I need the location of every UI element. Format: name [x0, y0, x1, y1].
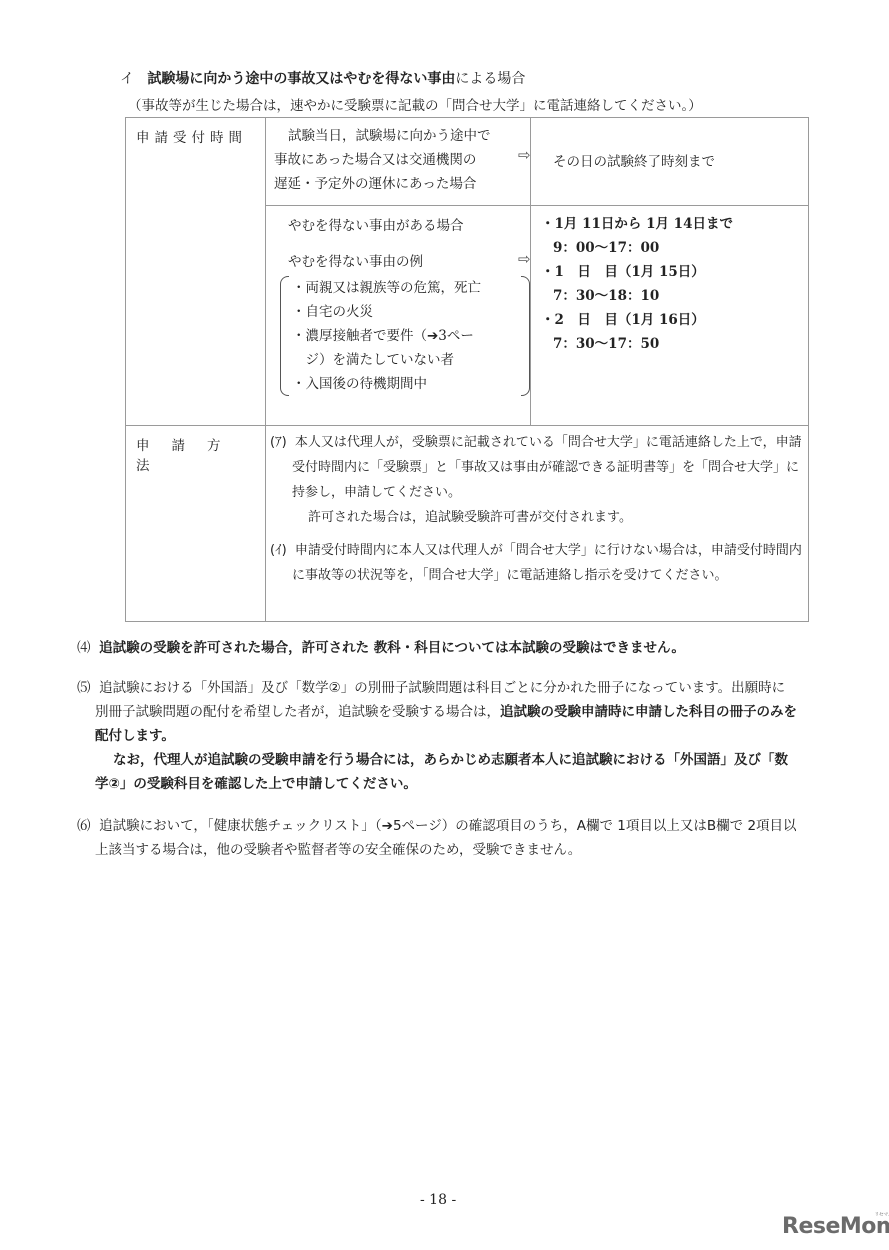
- p4-marker: ⑷: [77, 640, 91, 656]
- example-item: ・入国後の待機期間中: [292, 372, 530, 396]
- paragraph-6: ⑹ 追試験において，「健康状態チェックリスト」（➔5ページ）の確認項目のうち，A…: [77, 814, 797, 862]
- cell-accident-deadline: その日の試験終了時刻まで: [531, 118, 809, 206]
- accident-line-2: 事故にあった場合又は交通機関の: [274, 148, 530, 172]
- accident-line-1: 試験当日，試験場に向かう途中で: [274, 124, 530, 148]
- resemom-logo: ReseMom リセマム: [782, 1214, 889, 1239]
- cell-unavoidable-case: やむを得ない事由がある場合 やむを得ない事由の例 ・両親又は親族等の危篤，死亡 …: [266, 206, 531, 426]
- schedule-time: 9：00〜17：00: [541, 236, 808, 260]
- label-reception-time: 申請受付時間: [126, 118, 266, 426]
- cell-accident-case: 試験当日，試験場に向かう途中で 事故にあった場合又は交通機関の 遅延・予定外の運…: [266, 118, 531, 206]
- p6-text: 追試験において，「健康状態チェックリスト」（➔5ページ）の確認項目のうち，A欄で…: [95, 818, 797, 858]
- cell-application-method: (ｱ) 本人又は代理人が，受験票に記載されている「問合せ大学」に電話連絡した上で…: [266, 426, 809, 622]
- section-heading: イ 試験場に向かう途中の事故又はやむを得ない事由による場合: [120, 68, 525, 88]
- right-arrow-icon: ⇨: [518, 250, 531, 268]
- paragraph-5: ⑸ 追試験における「外国語」及び「数学②」の別冊子試験問題は科目ごとに分かれた冊…: [77, 676, 797, 796]
- cell-unavoidable-schedule: ・1月 11日から 1月 14日まで 9：00〜17：00 ・1 日 目（1月 …: [531, 206, 809, 426]
- schedule-time: 7：30〜18：10: [541, 284, 808, 308]
- examples-title: やむを得ない事由の例: [288, 250, 530, 274]
- method-item-a: (ｱ) 本人又は代理人が，受験票に記載されている「問合せ大学」に電話連絡した上で…: [270, 430, 810, 505]
- schedule-date: ・1月 11日から 1月 14日まで: [541, 212, 808, 236]
- section-note: （事故等が生じた場合は，速やかに受験票に記載の「問合せ大学」に電話連絡してくださ…: [128, 94, 702, 114]
- application-table: 申請受付時間 試験当日，試験場に向かう途中で 事故にあった場合又は交通機関の 遅…: [125, 117, 809, 622]
- accident-line-3: 遅延・予定外の運休にあった場合: [274, 172, 530, 196]
- method-text: 申請受付時間内に本人又は代理人が「問合せ大学」に行けない場合は，申請受付時間内に…: [292, 543, 802, 583]
- section-heading-bold: 試験場に向かう途中の事故又はやむを得ない事由: [147, 71, 455, 87]
- logo-text: ReseMom: [782, 1214, 889, 1239]
- left-bracket: [280, 276, 289, 396]
- example-item: ・両親又は親族等の危篤，死亡: [292, 276, 530, 300]
- unavoidable-title: やむを得ない事由がある場合: [288, 214, 530, 238]
- method-sub-note: 許可された場合は，追試験受験許可書が交付されます。: [270, 505, 810, 530]
- right-bracket: [521, 276, 530, 396]
- examples-bracket: ・両親又は親族等の危篤，死亡 ・自宅の火災 ・濃厚接触者で要件（➔3ペー ジ）を…: [280, 276, 530, 396]
- method-item-b: (ｲ) 申請受付時間内に本人又は代理人が「問合せ大学」に行けない場合は，申請受付…: [270, 538, 810, 588]
- method-marker: (ｲ): [270, 543, 287, 558]
- p4-bold-text: 追試験の受験を許可された場合，許可された 教科・科目については本試験の受験はでき…: [99, 640, 685, 656]
- page-number: - 18 -: [420, 1192, 456, 1208]
- schedule-time: 7：30〜17：50: [541, 332, 808, 356]
- p5-marker: ⑸: [77, 680, 91, 696]
- schedule-date: ・1 日 目（1月 15日）: [541, 260, 808, 284]
- section-marker: イ: [120, 71, 134, 87]
- table-row-reception-time-accident: 申請受付時間 試験当日，試験場に向かう途中で 事故にあった場合又は交通機関の 遅…: [126, 118, 809, 206]
- logo-small-text: リセマム: [874, 1211, 889, 1218]
- accident-deadline: その日の試験終了時刻まで: [553, 150, 715, 170]
- method-text: 本人又は代理人が，受験票に記載されている「問合せ大学」に電話連絡した上で，申請受…: [292, 435, 802, 500]
- example-item: ・濃厚接触者で要件（➔3ペー: [292, 324, 530, 348]
- example-item: ・自宅の火災: [292, 300, 530, 324]
- schedule-date: ・2 日 目（1月 16日）: [541, 308, 808, 332]
- label-application-method: 申請方法: [126, 426, 266, 622]
- p5-note-bold: なお，代理人が追試験の受験申請を行う場合には，あらかじめ志願者本人に追試験におけ…: [95, 752, 788, 792]
- method-marker: (ｱ): [270, 435, 287, 450]
- section-heading-normal: による場合: [455, 71, 525, 87]
- paragraph-4: ⑷ 追試験の受験を許可された場合，許可された 教科・科目については本試験の受験は…: [77, 636, 797, 660]
- table-row-application-method: 申請方法 (ｱ) 本人又は代理人が，受験票に記載されている「問合せ大学」に電話連…: [126, 426, 809, 622]
- right-arrow-icon: ⇨: [518, 146, 531, 164]
- p6-marker: ⑹: [77, 818, 91, 834]
- example-item: ジ）を満たしていない者: [292, 348, 530, 372]
